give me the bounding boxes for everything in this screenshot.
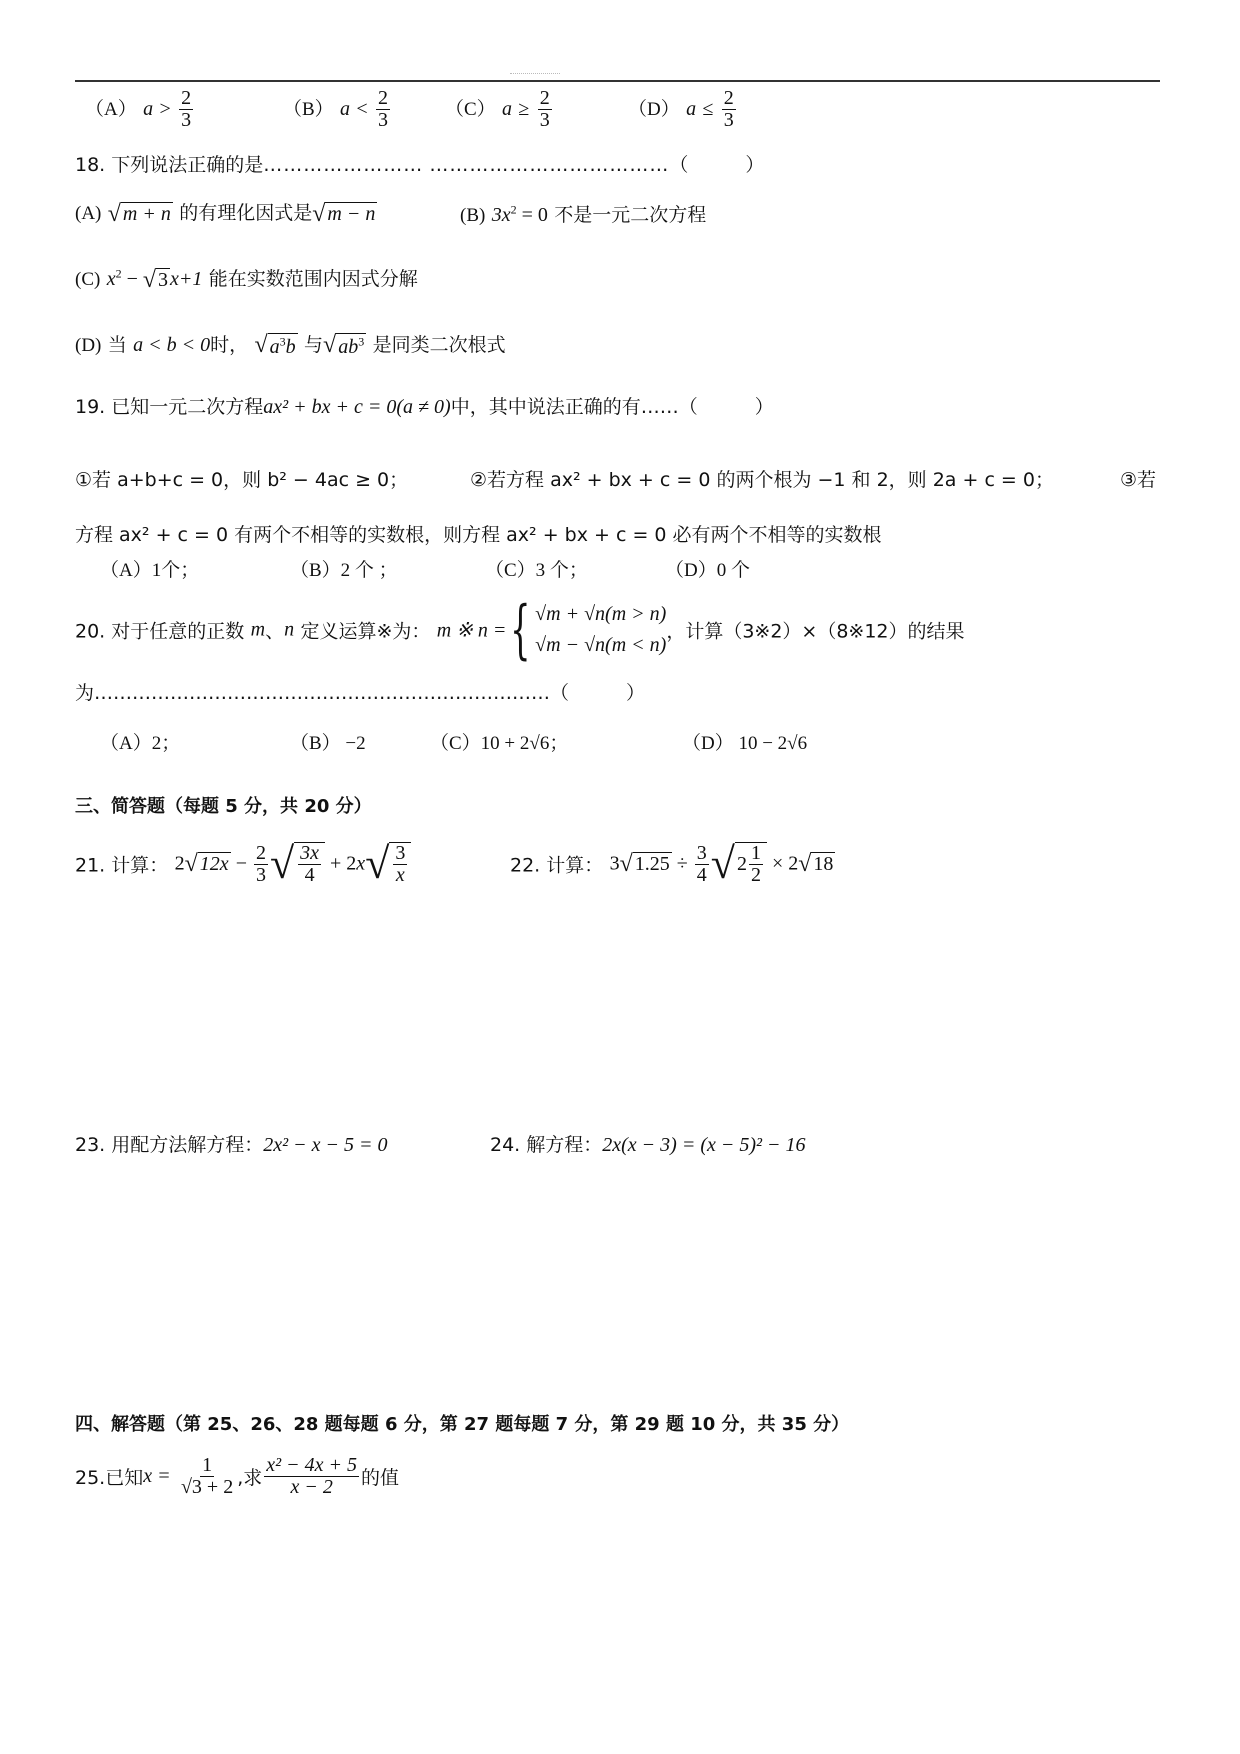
q24: 24. 解方程：2x(x − 3) = (x − 5)² − 16 bbox=[490, 1130, 806, 1157]
fraction: x² − 4x + 5x − 2 bbox=[264, 1455, 359, 1498]
fraction: 23 bbox=[376, 88, 390, 131]
q17-option-b: （B） a < 23 bbox=[283, 88, 392, 131]
q19-item-3-cont: 方程 ax² + c = 0 有两个不相等的实数根，则方程 ax² + bx +… bbox=[75, 520, 882, 547]
q21: 21. 计算： 2√12x − 23√3x4 + 2x√3x 2√12x − (… bbox=[75, 842, 411, 886]
q17-option-d: （D） a ≤ 23 bbox=[628, 88, 738, 131]
q17-option-a: （A） a > 23 bbox=[85, 88, 195, 131]
q18-option-b: (B) 3x2 = 0 不是一元二次方程 bbox=[460, 200, 706, 227]
fraction: 23 bbox=[722, 88, 736, 131]
left-brace: { bbox=[511, 598, 531, 662]
q20-option-b: （B） −2 bbox=[290, 728, 366, 755]
q18-stem: 18. 下列说法正确的是…………………… ………………………………（ ） bbox=[75, 150, 764, 177]
q23: 23. 用配方法解方程：2x² − x − 5 = 0 bbox=[75, 1130, 388, 1157]
sqrt: √3 bbox=[143, 268, 170, 292]
sqrt: √ab3 bbox=[323, 333, 366, 359]
section-3-title: 三、简答题（每题 5 分，共 20 分） bbox=[75, 792, 372, 818]
fraction: 23 bbox=[538, 88, 552, 131]
fraction: 23 bbox=[179, 88, 193, 131]
sqrt: √1.25 bbox=[620, 852, 672, 876]
sqrt: √3x bbox=[365, 842, 411, 886]
q18-option-a: (A) √m + n 的有理化因式是√m − n bbox=[75, 198, 377, 226]
q18-option-d: (D) 当 a < b < 0时， √a3b 与√ab3 是同类二次根式 bbox=[75, 330, 506, 359]
sqrt: √12x bbox=[185, 852, 231, 876]
q20-stem: 20. 对于任意的正数 m、n 定义运算※为： m ※ n ={√m + √n(… bbox=[75, 598, 965, 662]
q17-option-c: （C） a ≥ 23 bbox=[445, 88, 554, 131]
q20-option-d: （D） 10 − 2√6 bbox=[682, 728, 807, 755]
piecewise-cases: √m + √n(m > n)√m − √n(m < n) bbox=[535, 603, 666, 657]
q20-line2: 为………………………………………………………………（ ） bbox=[75, 678, 645, 705]
fraction: 1√3 + 2 bbox=[179, 1455, 235, 1498]
q19-option-c: （C）3 个； bbox=[485, 555, 588, 582]
section-4-title: 四、解答题（第 25、26、28 题每题 6 分，第 27 题每题 7 分，第 … bbox=[75, 1410, 849, 1436]
fraction: 23 bbox=[254, 843, 268, 886]
sqrt: √18 bbox=[798, 852, 835, 876]
header-faint-mark bbox=[510, 73, 560, 75]
q20-option-a: （A）2； bbox=[100, 728, 180, 755]
q19-option-d: （D）0 个 bbox=[665, 555, 750, 582]
sqrt: √a3b bbox=[255, 333, 298, 359]
fraction: 3x bbox=[393, 843, 407, 886]
q19-option-b: （B）2 个 ； bbox=[290, 555, 398, 582]
q19-item-1: ①若 a+b+c = 0，则 b² − 4ac ≥ 0； bbox=[75, 465, 408, 492]
fraction: 12 bbox=[749, 843, 763, 886]
q25: 25.已知x = 1√3 + 2,求x² − 4x + 5x − 2的值 bbox=[75, 1455, 399, 1498]
sqrt: √m + n bbox=[108, 202, 173, 226]
q19-item-3-start: ③若 bbox=[1120, 465, 1156, 492]
header-rule bbox=[75, 80, 1160, 82]
q20-option-c: （C）10 + 2√6； bbox=[430, 728, 568, 755]
sqrt: √212 bbox=[711, 842, 767, 886]
q19-item-2: ②若方程 ax² + bx + c = 0 的两个根为 −1 和 2，则 2a … bbox=[470, 465, 1054, 492]
sqrt: √m − n bbox=[312, 202, 377, 226]
q22: 22. 计算： 3√1.25 ÷ 34√212 × 2√18 3√1.25 ÷ … bbox=[510, 842, 835, 886]
fraction: 3x4 bbox=[298, 843, 321, 886]
fraction: 34 bbox=[695, 843, 709, 886]
q19-option-a: （A）1个； bbox=[100, 555, 199, 582]
q18-option-c: (C) x2 − √3x+1 能在实数范围内因式分解 bbox=[75, 264, 418, 292]
sqrt: √3x4 bbox=[270, 842, 325, 886]
q19-stem: 19. 已知一元二次方程ax² + bx + c = 0(a ≠ 0)中，其中说… bbox=[75, 392, 774, 419]
